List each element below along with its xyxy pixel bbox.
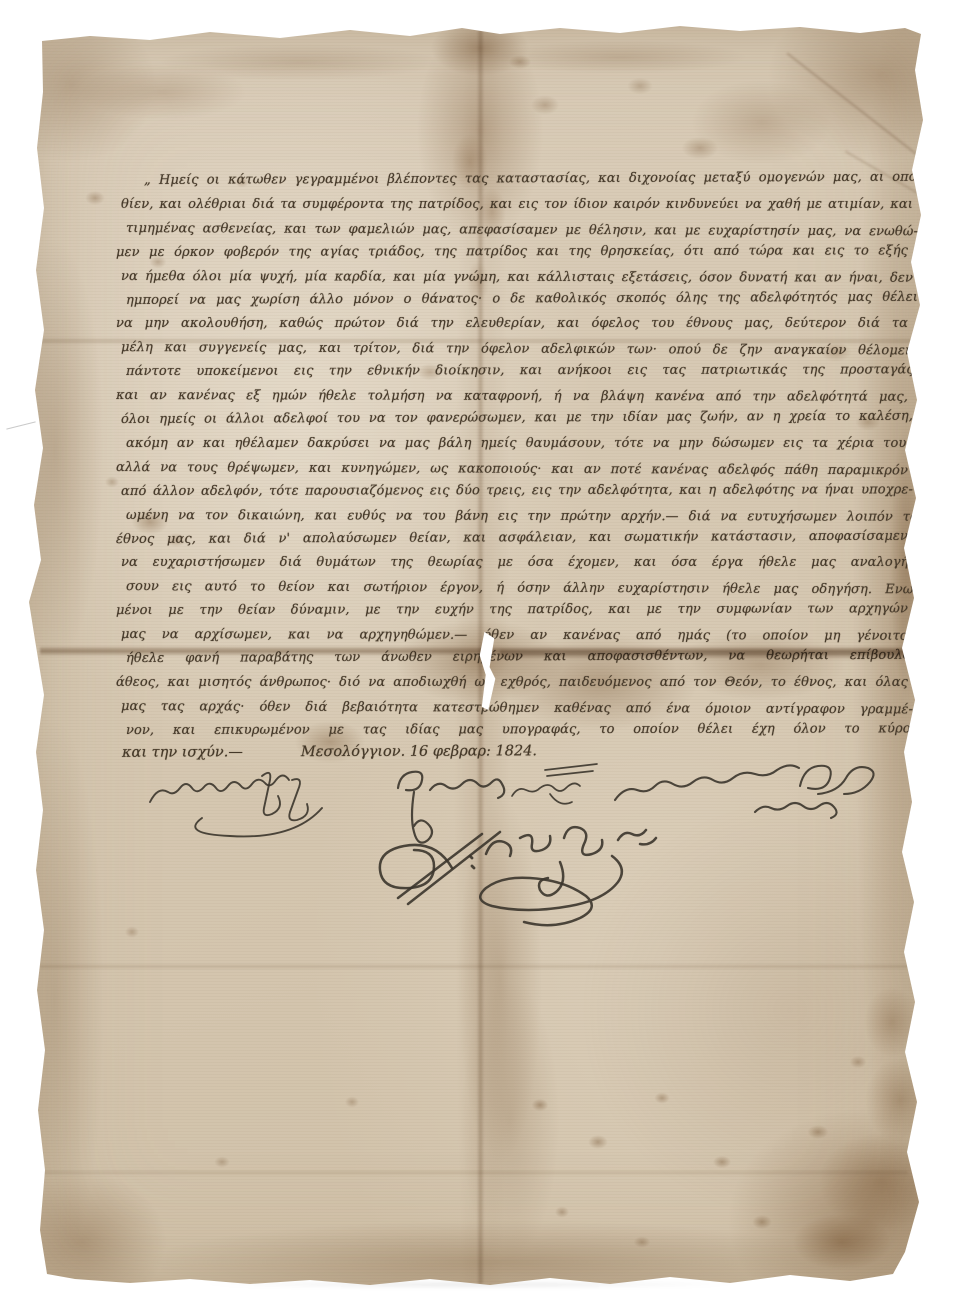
manuscript-line: ημπορεί να μας χωρίση άλλο μόνον ο θάνατ… [126,286,918,313]
manuscript-line: έθνος μας, και διά ν' απολαύσωμεν θείαν,… [116,525,908,552]
manuscript-line: μένοι με την θείαν δύναμιν, με την ευχήν… [116,599,908,625]
photograph-of-manuscript: „ Ημείς οι κάτωθεν γεγραμμένοι βλέποντες… [0,0,960,1316]
background-scratch [6,421,35,429]
manuscript-line: θίεν, και ολέθριαι διά τα συμφέροντα της… [121,194,913,218]
manuscript-sheet: „ Ημείς οι κάτωθεν γεγραμμένοι βλέποντες… [0,0,960,1316]
manuscript-line: πάντοτε υποκείμενοι εις την εθνικήν διοί… [126,360,918,386]
closing-and-dateline: και την ισχύν.—Μεσολόγγιον. 16 φεβραρ: 1… [122,740,537,763]
closing-words: και την ισχύν.— [122,744,243,760]
manuscript-line: όλοι ημείς οι άλλοι αδελφοί του να τον φ… [121,406,913,433]
place-date: Μεσολόγγιον. 16 φεβραρ: 1824. [301,743,537,760]
manuscript-line: να μην ακολουθήση, καθώς πρώτον διά την … [116,313,908,337]
manuscript-line: μεν με όρκον φοβερόν της αγίας τριάδος, … [116,240,908,266]
manuscript-line: άθεος, και μισητός άνθρωπος· διό να αποδ… [116,672,908,696]
manuscript-line: από άλλον αδελφόν, τότε παρουσιαζόμενος … [121,479,913,505]
sheet-shadow [120,1283,820,1289]
fold-crease-stain-right [500,648,906,660]
manuscript-line: „ Ημείς οι κάτωθεν γεγραμμένοι βλέποντες… [116,167,936,194]
manuscript-line: να ευχαριστήσωμεν διά θυμάτων της θεωρία… [121,552,913,576]
manuscript-line: ακόμη αν και ηθέλαμεν δακρύσει να μας βά… [126,433,918,457]
